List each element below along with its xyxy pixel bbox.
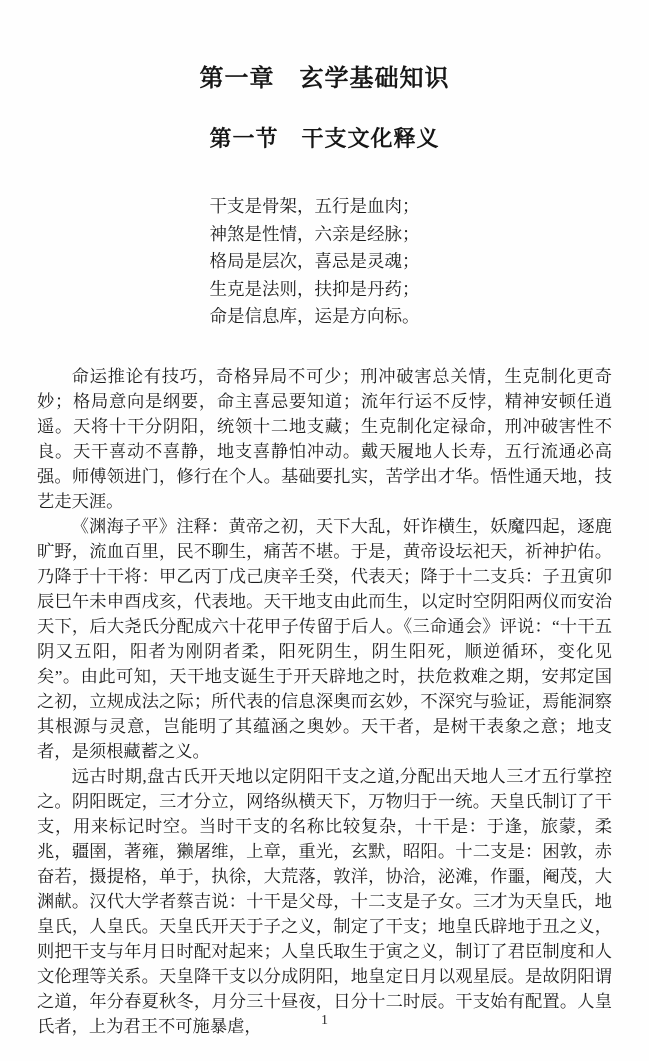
book-page: 第一章 玄学基础知识 第一节 干支文化释义 干支是骨架，五行是血肉； 神煞是性情… <box>0 0 649 1061</box>
poem-line: 神煞是性情，六亲是经脉； <box>210 221 420 249</box>
section-heading: 第一节 干支文化释义 <box>0 122 649 153</box>
body-text: 命运推论有技巧，奇格异局不可少；刑冲破害总关情，生克制化更奇妙；格局意向是纲要，… <box>37 364 612 1039</box>
poem-line: 格局是层次，喜忌是灵魂； <box>210 248 420 276</box>
body-paragraph: 命运推论有技巧，奇格异局不可少；刑冲破害总关情，生克制化更奇妙；格局意向是纲要，… <box>37 364 612 514</box>
poem-line: 干支是骨架，五行是血肉； <box>210 193 420 221</box>
body-paragraph: 远古时期,盘古氏开天地以定阴阳干支之道,分配出天地人三才五行掌控之。阴阳既定，三… <box>37 764 612 1039</box>
page-number: 1 <box>0 1013 649 1029</box>
chapter-heading: 第一章 玄学基础知识 <box>0 58 649 93</box>
poem-line: 生克是法则，扶抑是丹药； <box>210 276 420 304</box>
body-paragraph: 《渊海子平》注释：黄帝之初，天下大乱，奸诈横生，妖魔四起，逐鹿旷野，流血百里，民… <box>37 514 612 764</box>
poem-block: 干支是骨架，五行是血肉； 神煞是性情，六亲是经脉； 格局是层次，喜忌是灵魂； 生… <box>0 193 649 331</box>
poem-line: 命是信息库，运是方向标。 <box>210 303 420 331</box>
